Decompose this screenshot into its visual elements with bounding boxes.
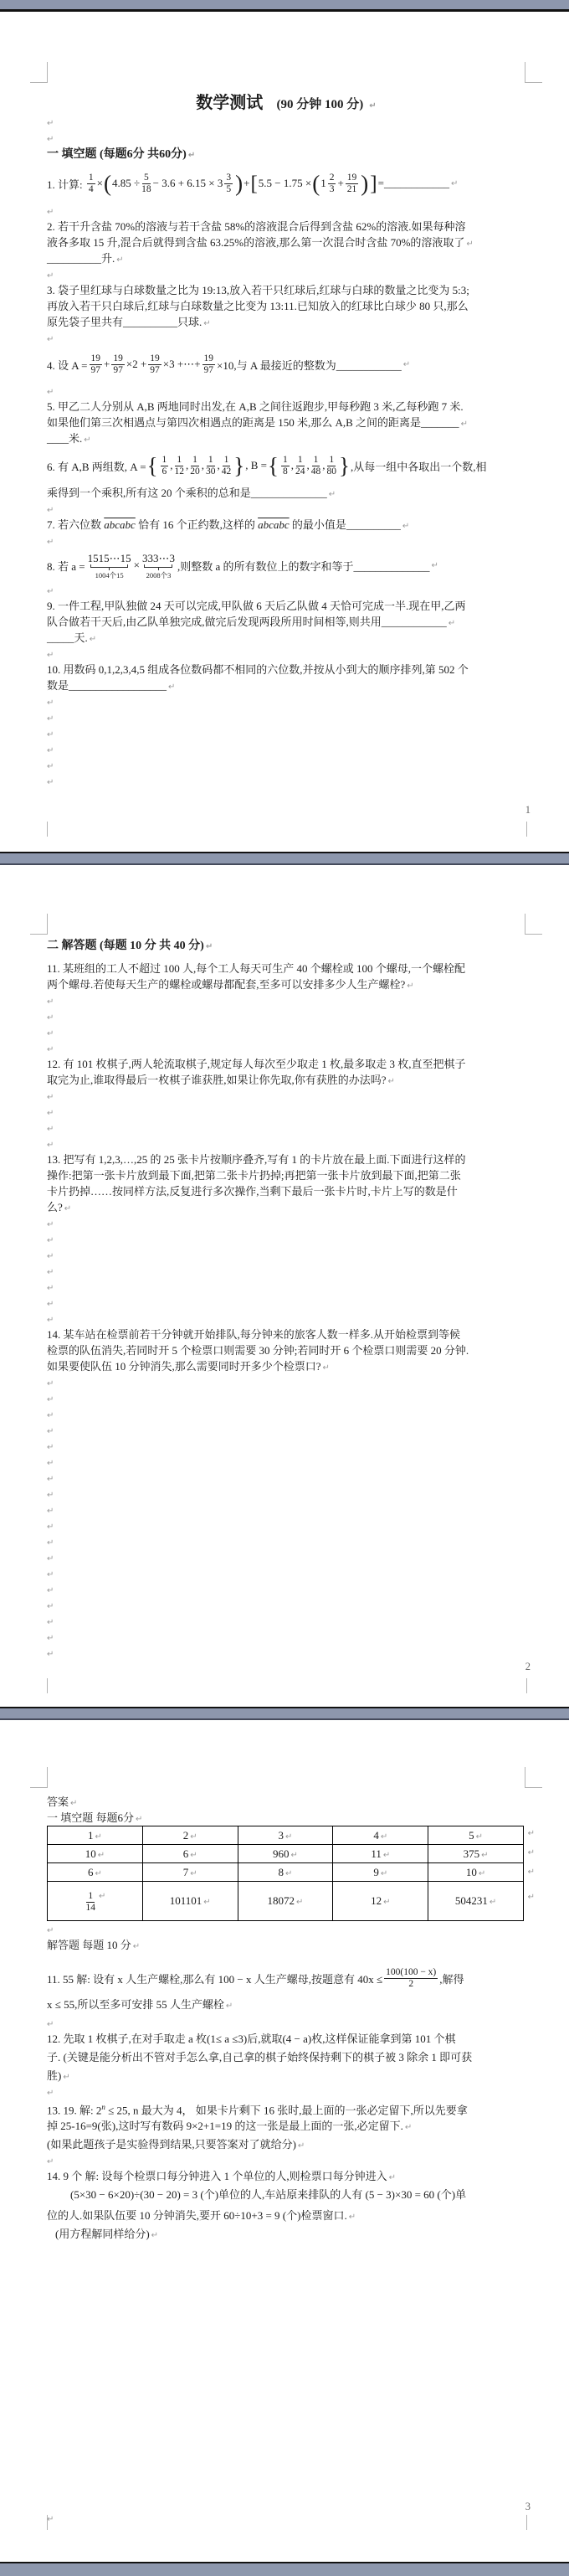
bottom-margin-mark-left — [47, 2515, 48, 2530]
big-paren: ( — [104, 173, 111, 195]
page-separator-bottom — [0, 2562, 569, 2576]
paragraph-mark: ↵ — [47, 1538, 54, 1548]
big-paren: ( — [312, 173, 320, 195]
question-12-line-2: 取完为止,谁取得最后一枚棋子谁获胜,如果让你先取,你有获胜的办法吗?↵ — [47, 1072, 525, 1088]
table-cell: 375↵ — [428, 1845, 524, 1863]
answer-12-line-1: 12. 先取 1 枚棋子,在对手取走 a 枚(1≤ a ≤3)后,就取(4 − … — [47, 2031, 525, 2049]
paragraph-mark: ↵ — [47, 388, 54, 397]
paragraph-mark: ↵ — [285, 1832, 292, 1842]
empty-paragraphs: ↵↵ — [47, 114, 525, 146]
paragraph-mark: ↵ — [47, 271, 54, 281]
corner-mark-top-left — [30, 1767, 48, 1788]
fraction: 1997 — [148, 353, 161, 376]
answer-12-line-2: 子. (关键是能分析出不管对手怎么拿,自己拿的棋子始终保持剩下的棋子被 3 除余… — [47, 2049, 525, 2068]
big-brace: } — [233, 455, 244, 477]
paragraph-mark: ↵ — [296, 1898, 303, 1907]
paragraph-mark: ↵ — [47, 1650, 54, 1659]
answers-sub2: 解答题 每题 10 分↵ — [47, 1937, 525, 1953]
paragraph-mark: ↵ — [47, 2515, 54, 2524]
paragraph-mark: ↵ — [90, 635, 96, 644]
paragraph-mark: ↵ — [47, 1507, 54, 1516]
empty-paragraphs: ↵ — [47, 2015, 525, 2031]
paragraph-mark: ↵ — [381, 1832, 387, 1842]
paragraph-mark: ↵ — [47, 119, 54, 128]
paragraph-mark: ↵ — [47, 538, 54, 547]
paragraph-mark: ↵ — [349, 2213, 356, 2222]
question-2-line-1: 2. 若干升含盐 70%的溶液与若干含盐 58%的溶液混合后得到含盐 62%的溶… — [47, 219, 525, 234]
empty-paragraphs: ↵ — [47, 533, 525, 549]
paragraph-mark: ↵ — [47, 1443, 54, 1452]
table-cell: 10↵ — [48, 1845, 143, 1863]
paragraph-mark: ↵ — [203, 319, 210, 328]
paragraph-mark: ↵ — [383, 1898, 390, 1907]
fraction: 130 — [206, 455, 216, 477]
corner-mark-top-left — [30, 914, 48, 935]
paragraph-mark: ↵ — [479, 1869, 485, 1878]
fraction: 16 — [161, 455, 169, 477]
answer-11-line-1: 11. 55 解: 设有 x 人生产螺栓,那么有 100 − x 人生产螺母,按… — [47, 1960, 525, 1996]
fraction: 148 — [311, 455, 321, 477]
empty-paragraphs: ↵↵↵↵ — [47, 992, 525, 1056]
table-cell: 6↵ — [48, 1863, 143, 1882]
fraction: 518 — [141, 173, 151, 195]
question-11-line-2: 两个螺母.若使每天生产的螺栓或螺母都配套,至多可以安排多少人生产螺栓?↵ — [47, 976, 525, 992]
paragraph-mark: ↵ — [528, 1893, 535, 1902]
page-1[interactable]: 数学测试 (90 分钟 100 分) ↵ ↵↵ 一 填空题 (每题6分 共60分… — [0, 12, 569, 852]
question-14-line-1: 14. 某车站在检票前若干分钟就开始排队,每分钟来的旅客人数一样多.从开始检票到… — [47, 1327, 525, 1342]
answer-13-line-3: (如果此题孩子是实验得到结果,只要答案对了就给分)↵ — [47, 2136, 525, 2152]
page-title: 数学测试 (90 分钟 100 分) ↵ — [47, 92, 525, 114]
question-12-line-1: 12. 有 101 枚棋子,两人轮流取棋子,规定每人每次至少取走 1 枚,最多取… — [47, 1056, 525, 1072]
big-brace: } — [339, 455, 350, 477]
paragraph-mark: ↵ — [47, 587, 54, 596]
paragraph-mark: ↵ — [47, 1045, 54, 1054]
answer-14-line-3: 位的人.如果队伍要 10 分钟消失,要开 60÷10+3 = 9 (个)检票窗口… — [47, 2206, 525, 2226]
paragraph-mark: ↵ — [407, 981, 413, 991]
paragraph-mark: ↵ — [47, 1013, 54, 1023]
question-2-line-2: 液各多取 15 升,混合后就得到含盐 63.25%的溶液,那么第一次混合时含盐 … — [47, 234, 525, 250]
question-10-line-1: 10. 用数码 0,1,2,3,4,5 组成各位数码都不相同的六位数,并按从小到… — [47, 662, 525, 677]
table-cell: 10↵ — [428, 1863, 524, 1882]
empty-paragraphs: ↵ — [47, 383, 525, 399]
table-cell: 4↵ — [333, 1826, 428, 1845]
paragraph-mark: ↵ — [47, 746, 54, 755]
underbrace-tick — [158, 568, 159, 570]
paragraph-mark: ↵ — [95, 1869, 101, 1878]
empty-paragraphs: ↵ — [47, 2084, 525, 2099]
paragraph-mark: ↵ — [47, 1029, 54, 1038]
paragraph-mark: ↵ — [47, 1379, 54, 1388]
empty-paragraphs: ↵ — [47, 1921, 525, 1937]
paragraph-mark: ↵ — [190, 1832, 197, 1842]
paragraph-mark: ↵ — [47, 1395, 54, 1404]
paragraph-mark: ↵ — [47, 730, 54, 739]
paragraph-mark: ↵ — [451, 179, 458, 188]
section-1-header: 一 填空题 (每题6分 共60分)↵ — [47, 146, 525, 164]
question-5-line-3: ____米.↵ — [47, 430, 525, 446]
question-2-line-3: __________升.↵ — [47, 250, 525, 266]
paragraph-mark: ↵ — [298, 2141, 305, 2151]
paragraph-mark: ↵ — [136, 1815, 142, 1824]
table-cell: 2↵ — [142, 1826, 238, 1845]
question-8: 8. 若 a = 1515⋯15 1004个15 × 333⋯3 2008个3 … — [47, 549, 525, 582]
bottom-margin-mark-right — [526, 822, 527, 837]
question-13-line-4: 么?↵ — [47, 1199, 525, 1215]
question-7: 7. 若六位数 abcabc 恰有 16 个正约数,这样的 abcabc 的最小… — [47, 517, 525, 533]
paragraph-mark: ↵ — [389, 2173, 396, 2182]
question-9-line-2: 队合做若干天后,由乙队单独完成,做完后发现两段所用时间相等,则共用_______… — [47, 614, 525, 630]
paragraph-mark: ↵ — [47, 1491, 54, 1500]
paragraph-mark: ↵ — [47, 1427, 54, 1436]
question-5-line-2: 如果他们第三次相遇点与第四次相遇点的距离是 150 米,那么 A,B 之间的距离… — [47, 415, 525, 430]
empty-paragraphs: ↵ — [47, 501, 525, 517]
paragraph-mark: ↵ — [291, 1851, 298, 1860]
big-bracket: [ — [250, 173, 257, 194]
table-cell: 1↵ — [48, 1826, 143, 1845]
empty-space — [47, 2242, 525, 2510]
paragraph-mark: ↵ — [168, 683, 175, 692]
question-3-line-2: 再放入若干只白球后,红球与白球数量之比变为 13:11.已知放入的红球比白球少 … — [47, 298, 525, 314]
big-paren: ) — [235, 173, 243, 195]
empty-paragraphs: ↵ — [47, 330, 525, 346]
paragraph-mark: ↵ — [47, 698, 54, 708]
page-number-1: 1 — [525, 804, 531, 817]
paragraph-mark: ↵ — [64, 1204, 71, 1213]
answers-sub1: 一 填空题 每题6分↵ — [47, 1810, 525, 1826]
paragraph-mark: ↵ — [47, 651, 54, 660]
paragraph-mark: ↵ — [47, 762, 54, 771]
test-subtitle: (90 分钟 100 分) — [267, 98, 363, 111]
paragraph-mark: ↵ — [47, 1570, 54, 1579]
corner-mark-top-right — [525, 62, 542, 83]
fraction: 35 — [224, 173, 233, 195]
paragraph-mark: ↵ — [226, 2002, 233, 2011]
paragraph-mark: ↵ — [381, 1869, 387, 1878]
answer-blank: ____________ — [384, 177, 449, 190]
paragraph-mark: ↵ — [188, 151, 195, 160]
test-title: 数学测试 — [196, 94, 263, 112]
question-14-line-2: 检票的队伍消失,若同时开 5 个检票口则需要 30 分钟;若同时开 6 个检票口… — [47, 1342, 525, 1358]
fraction: 112 — [175, 455, 185, 477]
table-cell: 18072↵ — [238, 1882, 333, 1921]
empty-paragraphs: ↵ — [47, 2152, 525, 2168]
corner-mark-top-right — [525, 1767, 542, 1788]
paragraph-mark: ↵ — [476, 1832, 483, 1842]
table-row: 6↵ 7↵ 8↵ 9↵ 10↵ — [48, 1863, 524, 1882]
page-2[interactable]: 二 解答题 (每题 10 分 共 40 分)↵ 11. 某班组的工人不超过 10… — [0, 865, 569, 1707]
paragraph-mark: ↵ — [528, 1868, 535, 1877]
overlined-abcabc: abcabc — [258, 518, 290, 531]
fraction: 100(100 − x)2 — [384, 1967, 438, 1990]
section-2-header: 二 解答题 (每题 10 分 共 40 分)↵ — [47, 937, 525, 956]
paragraph-mark: ↵ — [98, 1851, 105, 1860]
paragraph-mark: ↵ — [323, 1363, 330, 1373]
question-5-line-1: 5. 甲乙二人分别从 A,B 两地同时出发,在 A,B 之间往返跑步,甲每秒跑 … — [47, 399, 525, 415]
answer-table-wrap: 1↵ 2↵ 3↵ 4↵ 5↵ 10↵ 6↵ 960↵ 11↵ 375↵ 6↵ 7… — [47, 1826, 524, 1921]
bottom-margin-mark-left — [47, 822, 48, 837]
paragraph-mark: ↵ — [47, 1586, 54, 1595]
paragraph-mark: ↵ — [449, 619, 455, 628]
paragraph-mark: ↵ — [47, 1268, 54, 1277]
paragraph-mark: ↵ — [431, 561, 438, 570]
answer-13-line-2: 掉 25-16=9(张),这时写有数码 9×2+1=19 的这一张是最上面的一张… — [47, 2118, 525, 2136]
table-cell: 6↵ — [142, 1845, 238, 1863]
paragraph-mark: ↵ — [402, 522, 409, 531]
table-cell: 7↵ — [142, 1863, 238, 1882]
table-cell: 11↵ — [333, 1845, 428, 1863]
question-9-line-1: 9. 一件工程,甲队独做 24 天可以完成,甲队做 6 天后乙队做 4 天恰可完… — [47, 598, 525, 614]
overlined-abcabc: abcabc — [104, 518, 136, 531]
empty-paragraphs: ↵↵↵↵↵↵↵↵↵↵↵↵↵↵↵↵↵↵ — [47, 1374, 525, 1661]
bottom-margin-mark-right — [526, 2515, 527, 2530]
paragraph-mark: ↵ — [461, 420, 468, 429]
table-cell: 960↵ — [238, 1845, 333, 1863]
paragraph-mark: ↵ — [47, 1125, 54, 1134]
question-13-line-2: 操作:把第一张卡片放到最下面,把第二张卡片扔掉;再把第一张卡片放到最下面,把第二… — [47, 1167, 525, 1183]
paragraph-mark: ↵ — [190, 1851, 197, 1860]
paragraph-mark: ↵ — [47, 1093, 54, 1102]
table-row: 10↵ 6↵ 960↵ 11↵ 375↵ — [48, 1845, 524, 1863]
paragraph-mark: ↵ — [47, 335, 54, 344]
paragraph-mark: ↵ — [63, 2073, 69, 2082]
paragraph-mark: ↵ — [47, 2089, 54, 2098]
answer-14-line-4: (用方程解同样给分)↵ — [47, 2226, 525, 2242]
corner-mark-top-left — [30, 62, 48, 83]
underbrace-tick — [109, 568, 110, 570]
underbrace-label: 1004个15 — [95, 571, 124, 580]
fraction: 180 — [326, 455, 336, 477]
final-paragraph: ↵ — [47, 2510, 525, 2526]
paragraph-mark: ↵ — [388, 1077, 395, 1086]
table-cell: 114↵ — [48, 1882, 143, 1921]
answers-heading: 答案↵ — [47, 1794, 525, 1810]
big-brace: { — [147, 455, 158, 477]
paragraph-mark: ↵ — [47, 2020, 54, 2029]
paragraph-mark: ↵ — [47, 1252, 54, 1261]
table-cell: 101101↵ — [142, 1882, 238, 1921]
paragraph-mark: ↵ — [47, 1602, 54, 1611]
page-separator-top — [0, 0, 569, 12]
paragraph-mark: ↵ — [47, 1220, 54, 1229]
paragraph-mark: ↵ — [528, 1829, 535, 1838]
paragraph-mark: ↵ — [206, 942, 213, 951]
paragraph-mark: ↵ — [405, 2123, 412, 2132]
answer-13-line-1: 13. 19. 解: 2n ≤ 25, n 最大为 4， 如果卡片剩下 16 张… — [47, 2099, 525, 2118]
paragraph-mark: ↵ — [528, 1848, 535, 1857]
page-number-3: 3 — [525, 2501, 531, 2513]
paragraph-mark: ↵ — [47, 997, 54, 1007]
paragraph-mark: ↵ — [99, 1892, 105, 1901]
underbrace-group: 1515⋯15 1004个15 — [88, 552, 131, 580]
empty-paragraphs: ↵ — [47, 266, 525, 282]
paragraph-mark: ↵ — [47, 1554, 54, 1564]
paragraph-mark: ↵ — [369, 101, 376, 111]
empty-paragraphs: ↵↵↵↵↵↵↵ — [47, 1215, 525, 1327]
paragraph-mark: ↵ — [47, 208, 54, 217]
paragraph-mark: ↵ — [151, 2231, 158, 2240]
paragraph-mark: ↵ — [47, 1459, 54, 1468]
table-cell: 504231↵ — [428, 1882, 524, 1921]
paragraph-mark: ↵ — [47, 1411, 54, 1420]
question-13-line-1: 13. 把写有 1,2,3,…,25 的 25 张卡片按顺序叠齐,写有 1 的卡… — [47, 1151, 525, 1167]
answer-12-line-3: 胜)↵ — [47, 2068, 525, 2084]
paragraph-mark: ↵ — [285, 1869, 292, 1878]
paragraph-mark: ↵ — [47, 714, 54, 724]
table-row: 114↵ 101101↵ 18072↵ 12↵ 504231↵ — [48, 1882, 524, 1921]
paragraph-mark: ↵ — [47, 1634, 54, 1643]
paragraph-mark: ↵ — [47, 506, 54, 515]
paragraph-mark: ↵ — [47, 1300, 54, 1309]
big-brace: { — [268, 455, 279, 477]
big-bracket: ] — [370, 173, 377, 194]
question-6-line-2: 乘得到一个乘积,所有这 20 个乘积的总和是______________↵ — [47, 485, 525, 501]
empty-paragraphs: ↵↵↵↵↵↵ — [47, 693, 525, 789]
table-cell: 5↵ — [428, 1826, 524, 1845]
fraction: 1997 — [202, 353, 216, 376]
paragraph-mark: ↵ — [190, 1869, 197, 1878]
paragraph-mark: ↵ — [47, 1316, 54, 1325]
paragraph-mark: ↵ — [329, 490, 336, 499]
answer-11-line-2: x ≤ 55,所以至多可安排 55 人生产螺栓↵ — [47, 1996, 525, 2015]
paragraph-mark: ↵ — [47, 1618, 54, 1627]
paragraph-mark: ↵ — [47, 778, 54, 787]
paragraph-mark: ↵ — [133, 1942, 140, 1951]
paragraph-mark: ↵ — [84, 435, 90, 445]
question-3-line-3: 原先袋子里共有__________只球.↵ — [47, 314, 525, 330]
question-11-line-1: 11. 某班组的工人不超过 100 人,每个工人每天可生产 40 个螺栓或 10… — [47, 961, 525, 976]
page-separator-2-3 — [0, 1707, 569, 1720]
answer-14-line-2: (5×30 − 6×20)÷(30 − 20) = 3 (个)单位的人,车站原来… — [47, 2184, 525, 2206]
paragraph-mark: ↵ — [47, 1284, 54, 1293]
bottom-margin-mark-right — [526, 1678, 527, 1693]
underbrace-label: 2008个3 — [146, 571, 172, 580]
table-cell: 3↵ — [238, 1826, 333, 1845]
fraction: 124 — [295, 455, 305, 477]
paragraph-mark: ↵ — [47, 1522, 54, 1532]
paragraph-mark: ↵ — [466, 240, 473, 249]
answer-14-line-1: 14. 9 个 解: 设每个检票口每分钟进入 1 个单位的人,则检票口每分钟进入… — [47, 2168, 525, 2184]
question-6-line-1: 6. 有 A,B 两组数, A = { 16 , 112 , 120 , 130… — [47, 446, 525, 485]
fraction: 142 — [222, 455, 232, 477]
page-separator-1-2 — [0, 852, 569, 865]
table-row: 1↵ 2↵ 3↵ 4↵ 5↵ — [48, 1826, 524, 1845]
empty-paragraphs: ↵ — [47, 203, 525, 219]
page-number-2: 2 — [525, 1661, 531, 1673]
paragraph-mark: ↵ — [47, 1475, 54, 1484]
paragraph-mark: ↵ — [383, 1851, 390, 1860]
corner-mark-top-right — [525, 914, 542, 935]
question-9-line-3: _____天.↵ — [47, 630, 525, 646]
paragraph-mark: ↵ — [203, 1898, 210, 1907]
paragraph-mark: ↵ — [47, 2157, 54, 2166]
empty-paragraphs: ↵↵↵↵ — [47, 1088, 525, 1151]
paragraph-mark: ↵ — [47, 1926, 54, 1935]
paragraph-mark: ↵ — [47, 1236, 54, 1245]
paragraph-mark: ↵ — [95, 1832, 101, 1842]
table-cell: 9↵ — [333, 1863, 428, 1882]
table-cell: 8↵ — [238, 1863, 333, 1882]
table-cell: 12↵ — [333, 1882, 428, 1921]
paragraph-mark: ↵ — [481, 1851, 488, 1860]
fraction: 14 — [87, 173, 95, 195]
page-3[interactable]: 答案↵ 一 填空题 每题6分↵ 1↵ 2↵ 3↵ 4↵ 5↵ 10↵ 6↵ 96… — [0, 1720, 569, 2562]
bottom-margin-mark-left — [47, 1678, 48, 1693]
empty-paragraphs: ↵ — [47, 646, 525, 662]
big-paren: ) — [361, 173, 368, 195]
fraction: 1997 — [90, 353, 103, 376]
underbrace-group: 333⋯3 2008个3 — [142, 552, 175, 580]
fraction: 1921 — [346, 173, 359, 195]
fraction: 114 — [85, 1891, 95, 1914]
paragraph-mark: ↵ — [116, 255, 123, 265]
paragraph-mark: ↵ — [47, 135, 54, 144]
fraction: 18 — [281, 455, 290, 477]
question-4: 4. 设 A = 1997 + 1997 ×2 + 1997 ×3 +⋯+ 19… — [47, 346, 525, 383]
empty-paragraphs: ↵ — [47, 582, 525, 598]
paragraph-mark: ↵ — [403, 360, 410, 369]
fraction: 1997 — [111, 353, 125, 376]
question-1: 1. 计算: 14 × ( 4.85 ÷ 518 − 3.6 + 6.15 × … — [47, 164, 525, 203]
fraction: 23 — [328, 173, 336, 195]
paragraph-mark: ↵ — [47, 1141, 54, 1150]
paragraph-mark: ↵ — [47, 1109, 54, 1118]
question-13-line-3: 卡片扔掉……按同样方法,反复进行多次操作,当剩下最后一张卡片时,卡片上写的数是什 — [47, 1183, 525, 1199]
fraction: 120 — [190, 455, 200, 477]
paragraph-mark: ↵ — [70, 1799, 77, 1808]
question-3-line-1: 3. 袋子里红球与白球数量之比为 19:13,放入若干只红球后,红球与白球的数量… — [47, 282, 525, 298]
paragraph-mark: ↵ — [490, 1898, 496, 1907]
question-10-line-2: 数是__________________↵ — [47, 677, 525, 693]
answer-table: 1↵ 2↵ 3↵ 4↵ 5↵ 10↵ 6↵ 960↵ 11↵ 375↵ 6↵ 7… — [47, 1826, 524, 1921]
question-14-line-3: 如果要使队伍 10 分钟消失,那么需要同时开多少个检票口?↵ — [47, 1358, 525, 1374]
